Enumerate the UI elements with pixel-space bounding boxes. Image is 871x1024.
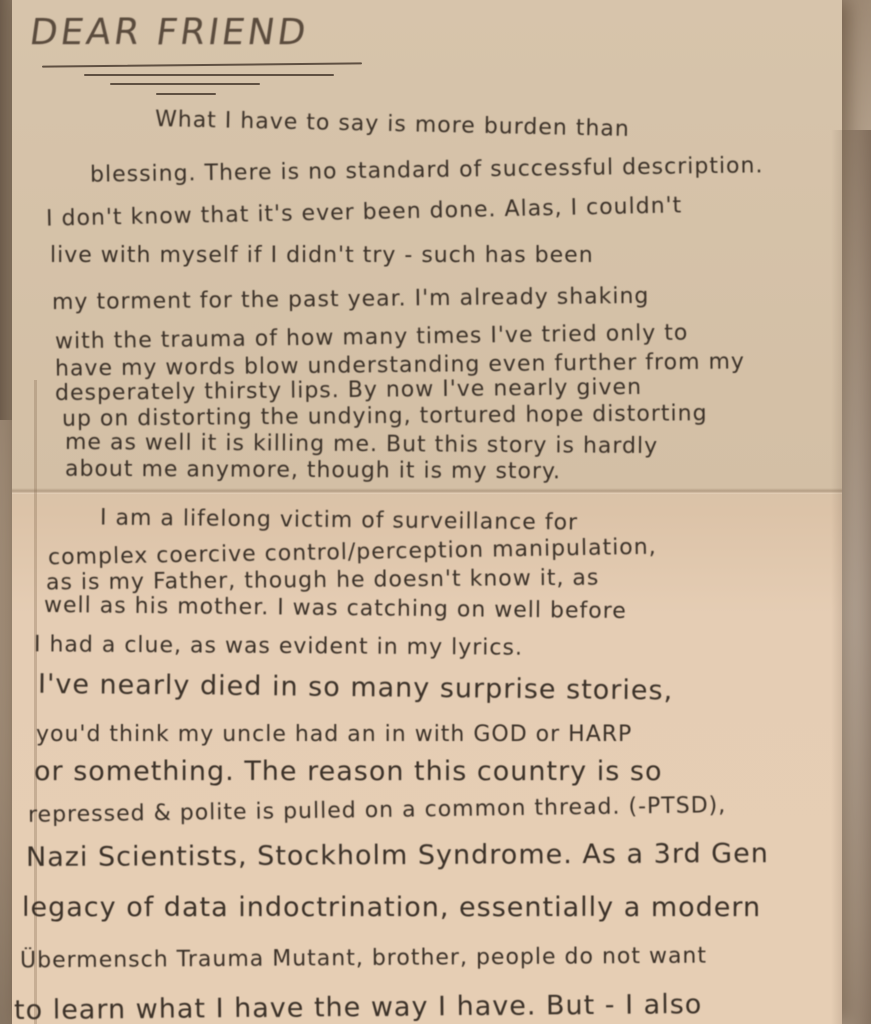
letter-line: I am a lifelong victim of surveillance f… [100,505,578,535]
letter-line: or something. The reason this country is… [34,756,662,787]
salutation-underline-2 [84,74,334,76]
letter-line: to learn what I have the way I have. But… [14,989,703,1024]
letter-line: I've nearly died in so many surprise sto… [38,669,673,707]
letter-line: you'd think my uncle had an in with GOD … [36,722,632,747]
letter-line: live with myself if I didn't try - such … [50,243,594,268]
letter-line: as is my Father, though he doesn't know … [46,566,600,596]
right-shadow [831,130,871,1024]
letter-line: legacy of data indoctrination, essential… [22,892,761,923]
paper-fold-line [12,488,842,494]
salutation: DEAR FRIEND [27,12,311,53]
letter-line: me as well it is killing me. But this st… [65,430,658,459]
salutation-underline-4 [156,93,216,95]
letter-line: about me anymore, though it is my story. [65,457,561,485]
letter-line: I had a clue, as was evident in my lyric… [34,632,523,660]
salutation-underline-3 [110,83,260,85]
letter-line: Übermensch Trauma Mutant, brother, peopl… [20,944,707,974]
letter-line: Nazi Scientists, Stockholm Syndrome. As … [26,838,769,873]
paper-margin-line [34,380,37,1024]
